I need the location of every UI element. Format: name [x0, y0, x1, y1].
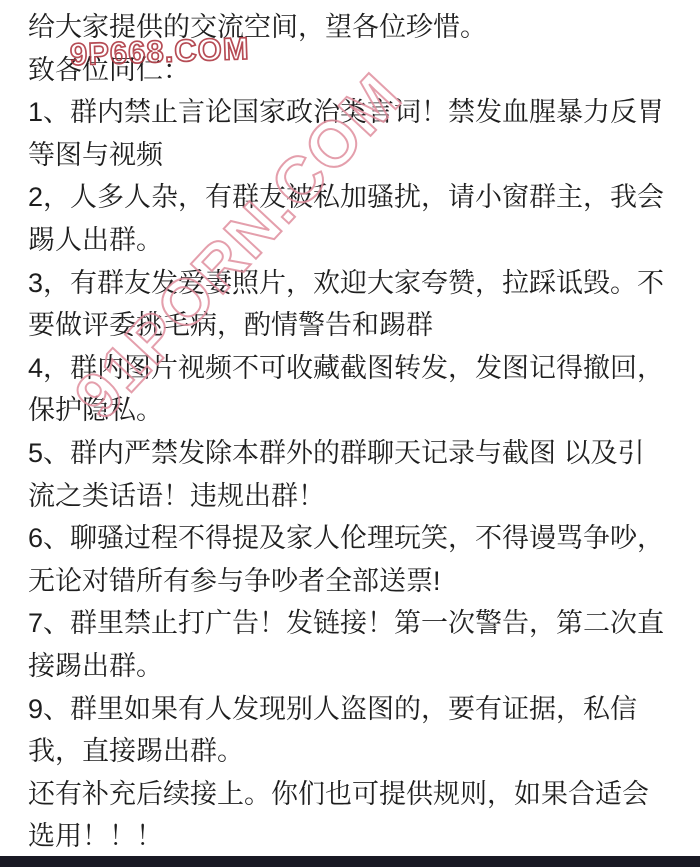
- text-line: 1、群内禁止言论国家政治类言词！禁发血腥暴力反胃: [28, 91, 688, 134]
- text-line: 我，直接踢出群。: [28, 730, 688, 773]
- text-line: 保护隐私。: [28, 389, 688, 432]
- text-line: 要做评委挑毛病，酌情警告和踢群: [28, 304, 688, 347]
- text-line: 4，群内图片视频不可收藏截图转发，发图记得撤回，: [28, 347, 688, 390]
- text-line: 踢人出群。: [28, 219, 688, 262]
- text-line: 给大家提供的交流空间，望各位珍惜。: [28, 6, 688, 49]
- bottom-dark-bar: [0, 856, 700, 867]
- text-line: 选用！！！: [28, 815, 688, 858]
- text-line: 接踢出群。: [28, 645, 688, 688]
- text-line: 5、群内严禁发除本群外的群聊天记录与截图 以及引: [28, 432, 688, 475]
- text-line: 等图与视频: [28, 134, 688, 177]
- group-rules-text: 给大家提供的交流空间，望各位珍惜。 致各位同仁： 1、群内禁止言论国家政治类言词…: [28, 6, 688, 858]
- text-line: 致各位同仁：: [28, 49, 688, 92]
- text-line: 3，有群友发爱妻照片，欢迎大家夸赞，拉踩诋毁。不: [28, 262, 688, 305]
- text-line: 7、群里禁止打广告！发链接！第一次警告，第二次直: [28, 602, 688, 645]
- text-line: 2，人多人杂，有群友被私加骚扰，请小窗群主，我会: [28, 176, 688, 219]
- text-line: 6、聊骚过程不得提及家人伦理玩笑，不得谩骂争吵，: [28, 517, 688, 560]
- text-line: 无论对错所有参与争吵者全部送票!: [28, 560, 688, 603]
- text-line: 9、群里如果有人发现别人盗图的，要有证据，私信: [28, 688, 688, 731]
- text-line: 流之类话语！违规出群！: [28, 475, 688, 518]
- text-line: 还有补充后续接上。你们也可提供规则，如果合适会: [28, 773, 688, 816]
